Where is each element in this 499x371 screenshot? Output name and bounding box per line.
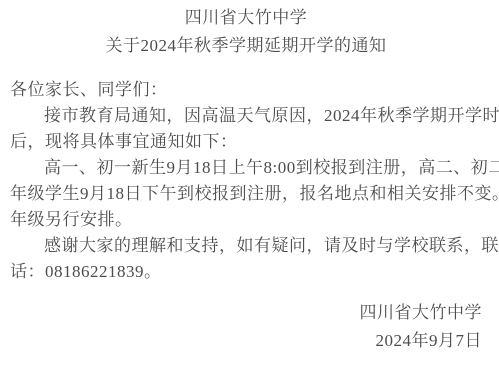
paragraph-3-line-1: 感谢大家的理解和支持，如有疑问，请及时与学校联系，联系电 (10, 233, 482, 259)
paragraph-2-line-1: 高一、初一新生9月18日上午8:00到校报到注册，高二、初二、初三 (10, 155, 482, 181)
document-body: 各位家长、同学们： 接市教育局通知，因高温天气原因，2024年秋季学期开学时间延… (10, 77, 482, 285)
signature-school: 四川省大竹中学 (10, 299, 482, 327)
paragraph-1-line-2: 后，现将具体事宜通知如下： (10, 129, 482, 155)
notice-document: 四川省大竹中学 关于2024年秋季学期延期开学的通知 各位家长、同学们： 接市教… (0, 0, 499, 371)
paragraph-1-line-1: 接市教育局通知，因高温天气原因，2024年秋季学期开学时间延 (10, 103, 482, 129)
salutation: 各位家长、同学们： (10, 77, 482, 103)
document-title: 四川省大竹中学 (10, 4, 482, 32)
signature-date: 2024年9月7日 (10, 327, 482, 355)
paragraph-3-line-2: 话：08186221839。 (10, 259, 482, 285)
document-subtitle: 关于2024年秋季学期延期开学的通知 (10, 32, 482, 60)
signature-block: 四川省大竹中学 2024年9月7日 (10, 299, 482, 355)
paragraph-2-line-2: 年级学生9月18日下午到校报到注册，报名地点和相关安排不变。高三 (10, 181, 482, 207)
paragraph-2-line-3: 年级另行安排。 (10, 207, 482, 233)
